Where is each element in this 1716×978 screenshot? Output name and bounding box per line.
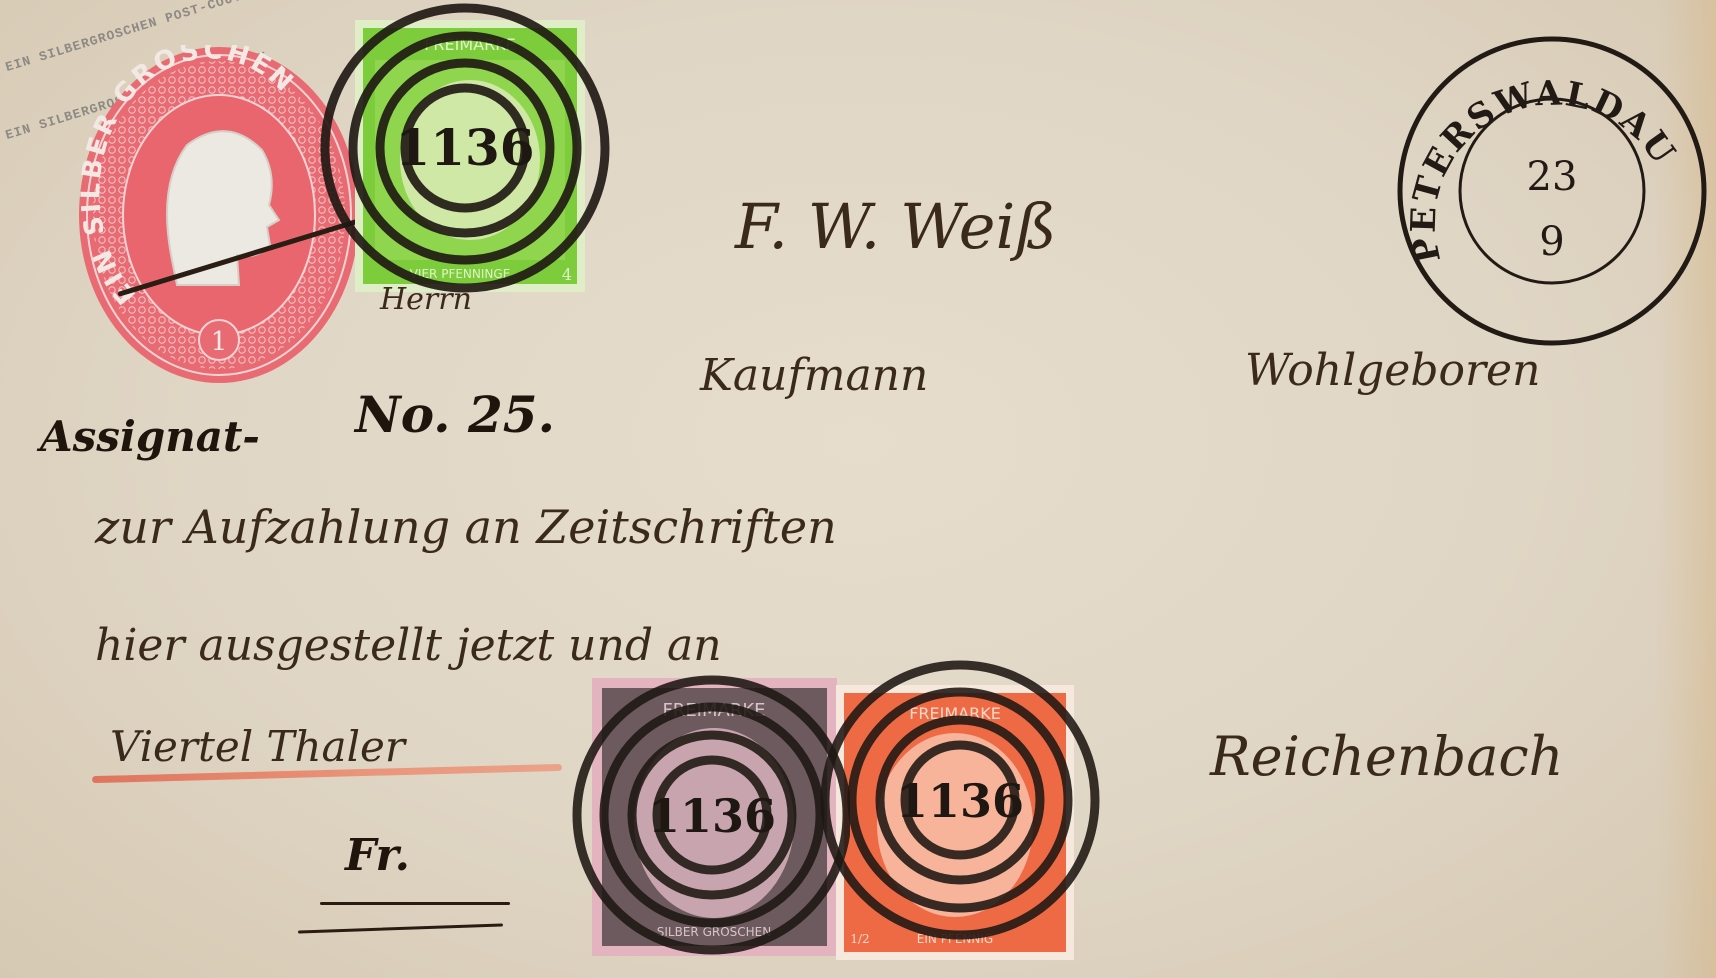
indicium-value: 1	[211, 327, 228, 357]
handwriting-line-3: Viertel Thaler	[110, 722, 405, 771]
numeral-cancel: 1136	[300, 0, 610, 300]
handwriting-honorific: Wohlgeboren	[1245, 345, 1540, 396]
handwriting-herrn: Herrn	[380, 282, 472, 317]
handwriting-addressee: F. W. Weiß	[735, 190, 1057, 263]
cancel-number: 1136	[395, 118, 534, 177]
envelope: EIN SILBERGROSCHEN POST-COUVERT EIN SILB…	[0, 0, 1716, 978]
cancel-number: 1136	[648, 789, 776, 843]
handwriting-destination: Reichenbach	[1210, 725, 1563, 788]
numeral-cancel: 1136	[820, 645, 1110, 955]
handwriting-line-1: zur Aufzahlung an Zeitschriften	[95, 500, 837, 554]
handwriting-signature: Fr.	[345, 830, 410, 881]
handwriting-line-2: hier ausgestellt jetzt und an	[95, 620, 722, 671]
town-postmark: PETERSWALDAU 23 9	[1393, 30, 1711, 352]
handwriting-assignat: Assignat-	[40, 412, 260, 461]
numeral-cancel: 1136	[560, 650, 850, 960]
handwriting-title: Kaufmann	[700, 350, 928, 401]
signature-underline	[298, 923, 503, 933]
signature-underline	[320, 902, 510, 905]
postmark-day: 23	[1527, 154, 1578, 200]
postmark-month: 9	[1539, 219, 1564, 265]
handwriting-number: No. 25.	[355, 385, 555, 444]
cancel-number: 1136	[896, 774, 1024, 828]
